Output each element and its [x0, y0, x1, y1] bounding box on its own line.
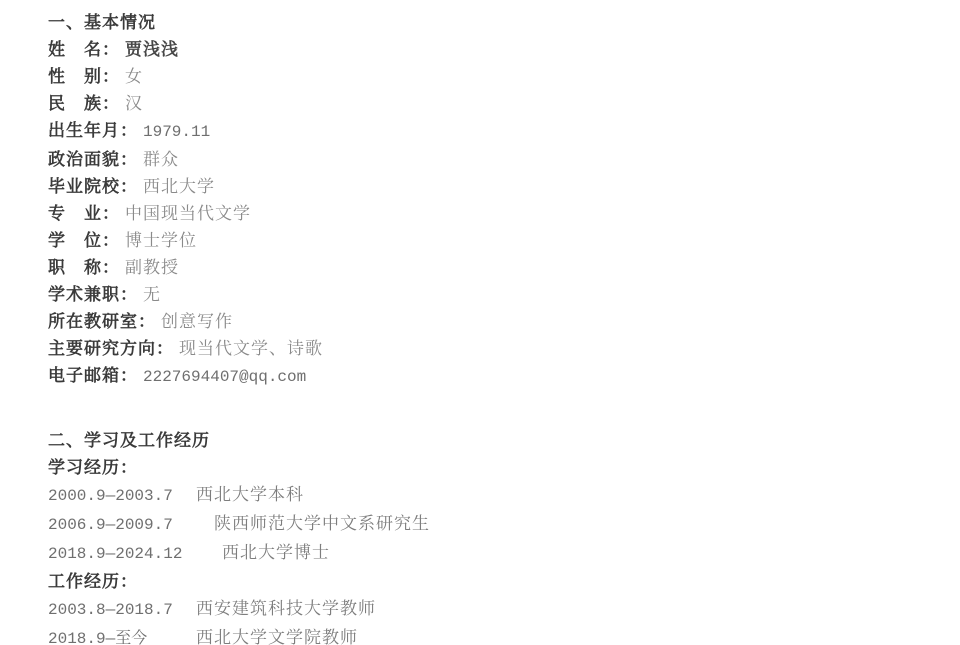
field-email-value: 2227694407@qq.com [143, 368, 306, 386]
education-row: 2000.9—2003.7西北大学本科 [48, 481, 920, 510]
field-political-status-value: 群众 [143, 150, 179, 169]
section-experience-heading: 二、学习及工作经历 [48, 427, 920, 454]
field-academic-posts: 学术兼职：无 [48, 281, 920, 308]
education-row: 2006.9—2009.7陕西师范大学中文系研究生 [48, 510, 920, 539]
field-teaching-office-value: 创意写作 [161, 312, 233, 331]
field-degree: 学 位：博士学位 [48, 227, 920, 254]
field-birth-date: 出生年月：1979.11 [48, 117, 920, 146]
field-gender: 性 别：女 [48, 63, 920, 90]
field-major: 专 业：中国现当代文学 [48, 200, 920, 227]
section-basic-heading: 一、基本情况 [48, 9, 920, 36]
work-row-detail: 西安建筑科技大学教师 [196, 595, 376, 622]
work-subheading: 工作经历： [48, 568, 920, 595]
field-political-status-label: 政治面貌： [48, 150, 138, 169]
field-ethnicity-label: 民 族： [48, 94, 120, 113]
education-row-period: 2018.9—2024.12 [48, 541, 196, 568]
field-research-direction-value: 现当代文学、诗歌 [179, 339, 323, 358]
field-name: 姓 名：贾浅浅 [48, 36, 920, 63]
field-name-value: 贾浅浅 [125, 40, 179, 59]
education-row-period: 2000.9—2003.7 [48, 483, 196, 510]
work-row: 2003.8—2018.7西安建筑科技大学教师 [48, 595, 920, 624]
field-ethnicity: 民 族：汉 [48, 90, 920, 117]
field-degree-label: 学 位： [48, 231, 120, 250]
field-birth-date-label: 出生年月： [48, 121, 138, 140]
field-teaching-office: 所在教研室：创意写作 [48, 308, 920, 335]
field-ethnicity-value: 汉 [125, 94, 143, 113]
field-gender-value: 女 [125, 67, 143, 86]
field-title-label: 职 称： [48, 258, 120, 277]
work-row-period: 2003.8—2018.7 [48, 597, 196, 624]
field-teaching-office-label: 所在教研室： [48, 312, 156, 331]
field-research-direction-label: 主要研究方向： [48, 339, 174, 358]
field-birth-date-value: 1979.11 [143, 123, 210, 141]
education-subheading: 学习经历： [48, 454, 920, 481]
field-alma-mater: 毕业院校：西北大学 [48, 173, 920, 200]
field-academic-posts-value: 无 [143, 285, 161, 304]
work-row-period: 2018.9—至今 [48, 626, 196, 645]
work-row: 2018.9—至今西北大学文学院教师 [48, 624, 920, 645]
field-title: 职 称：副教授 [48, 254, 920, 281]
field-alma-mater-value: 西北大学 [143, 177, 215, 196]
education-row-detail: 陕西师范大学中文系研究生 [214, 510, 430, 537]
education-row-detail: 西北大学博士 [222, 539, 330, 566]
field-title-value: 副教授 [125, 258, 179, 277]
field-degree-value: 博士学位 [125, 231, 197, 250]
field-gender-label: 性 别： [48, 67, 120, 86]
field-research-direction: 主要研究方向：现当代文学、诗歌 [48, 335, 920, 362]
field-name-label: 姓 名： [48, 40, 120, 59]
field-major-label: 专 业： [48, 204, 120, 223]
field-alma-mater-label: 毕业院校： [48, 177, 138, 196]
education-row: 2018.9—2024.12西北大学博士 [48, 539, 920, 568]
cv-document: 一、基本情况 姓 名：贾浅浅 性 别：女 民 族：汉 出生年月：1979.11 … [0, 0, 960, 645]
field-political-status: 政治面貌：群众 [48, 146, 920, 173]
field-email-label: 电子邮箱： [48, 366, 138, 385]
field-email: 电子邮箱：2227694407@qq.com [48, 362, 920, 391]
section-experience: 二、学习及工作经历 学习经历： 2000.9—2003.7西北大学本科 2006… [48, 427, 920, 645]
section-basic: 一、基本情况 姓 名：贾浅浅 性 别：女 民 族：汉 出生年月：1979.11 … [48, 9, 920, 391]
education-row-period: 2006.9—2009.7 [48, 512, 196, 539]
work-row-detail: 西北大学文学院教师 [196, 624, 358, 645]
field-academic-posts-label: 学术兼职： [48, 285, 138, 304]
field-major-value: 中国现当代文学 [125, 204, 251, 223]
education-row-detail: 西北大学本科 [196, 481, 304, 508]
